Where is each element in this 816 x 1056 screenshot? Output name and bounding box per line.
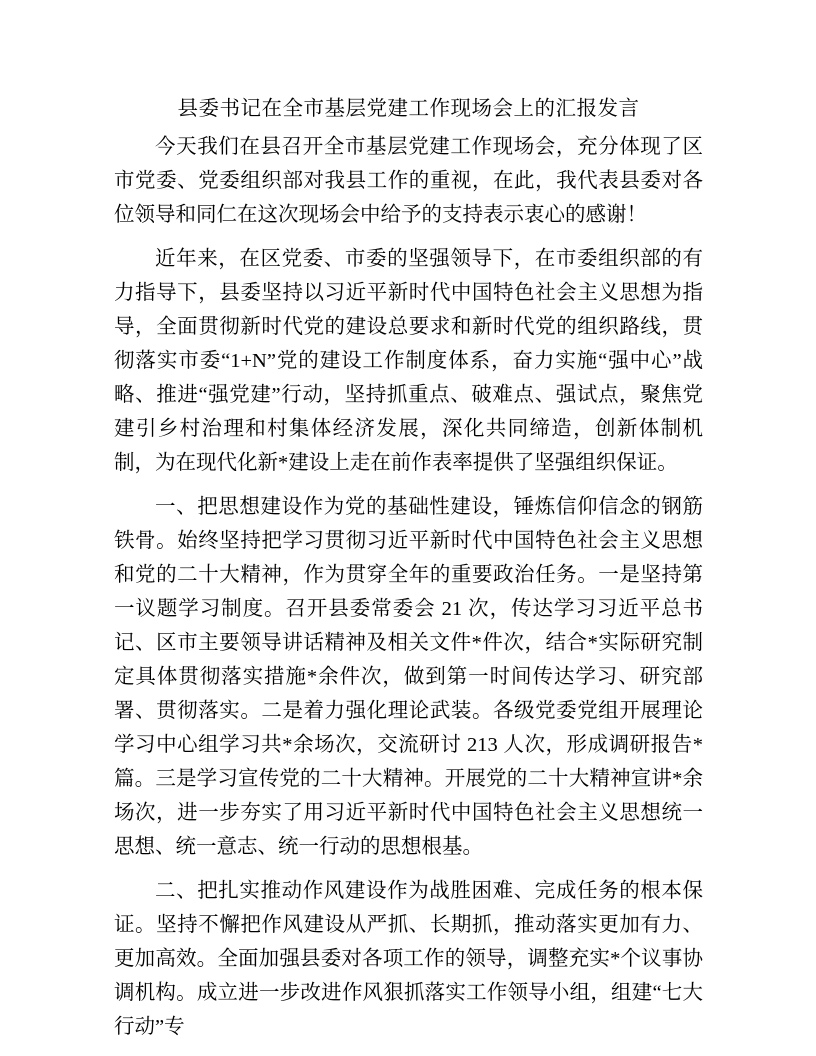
paragraph: 二、把扎实推动作风建设作为战胜困难、完成任务的根本保证。坚持不懈把作风建设从严抓… <box>114 874 703 1044</box>
paragraph: 今天我们在县召开全市基层党建工作现场会，充分体现了区市党委、党委组织部对我县工作… <box>114 130 703 232</box>
paragraph: 近年来，在区党委、市委的坚强领导下，在市委组织部的有力指导下，县委坚持以习近平新… <box>114 242 703 480</box>
document-title: 县委书记在全市基层党建工作现场会上的汇报发言 <box>114 92 703 126</box>
document-body: 今天我们在县召开全市基层党建工作现场会，充分体现了区市党委、党委组织部对我县工作… <box>114 130 703 1044</box>
document-page: 县委书记在全市基层党建工作现场会上的汇报发言 今天我们在县召开全市基层党建工作现… <box>0 0 816 1056</box>
paragraph: 一、把思想建设作为党的基础性建设，锤炼信仰信念的钢筋铁骨。始终坚持把学习贯彻习近… <box>114 490 703 864</box>
